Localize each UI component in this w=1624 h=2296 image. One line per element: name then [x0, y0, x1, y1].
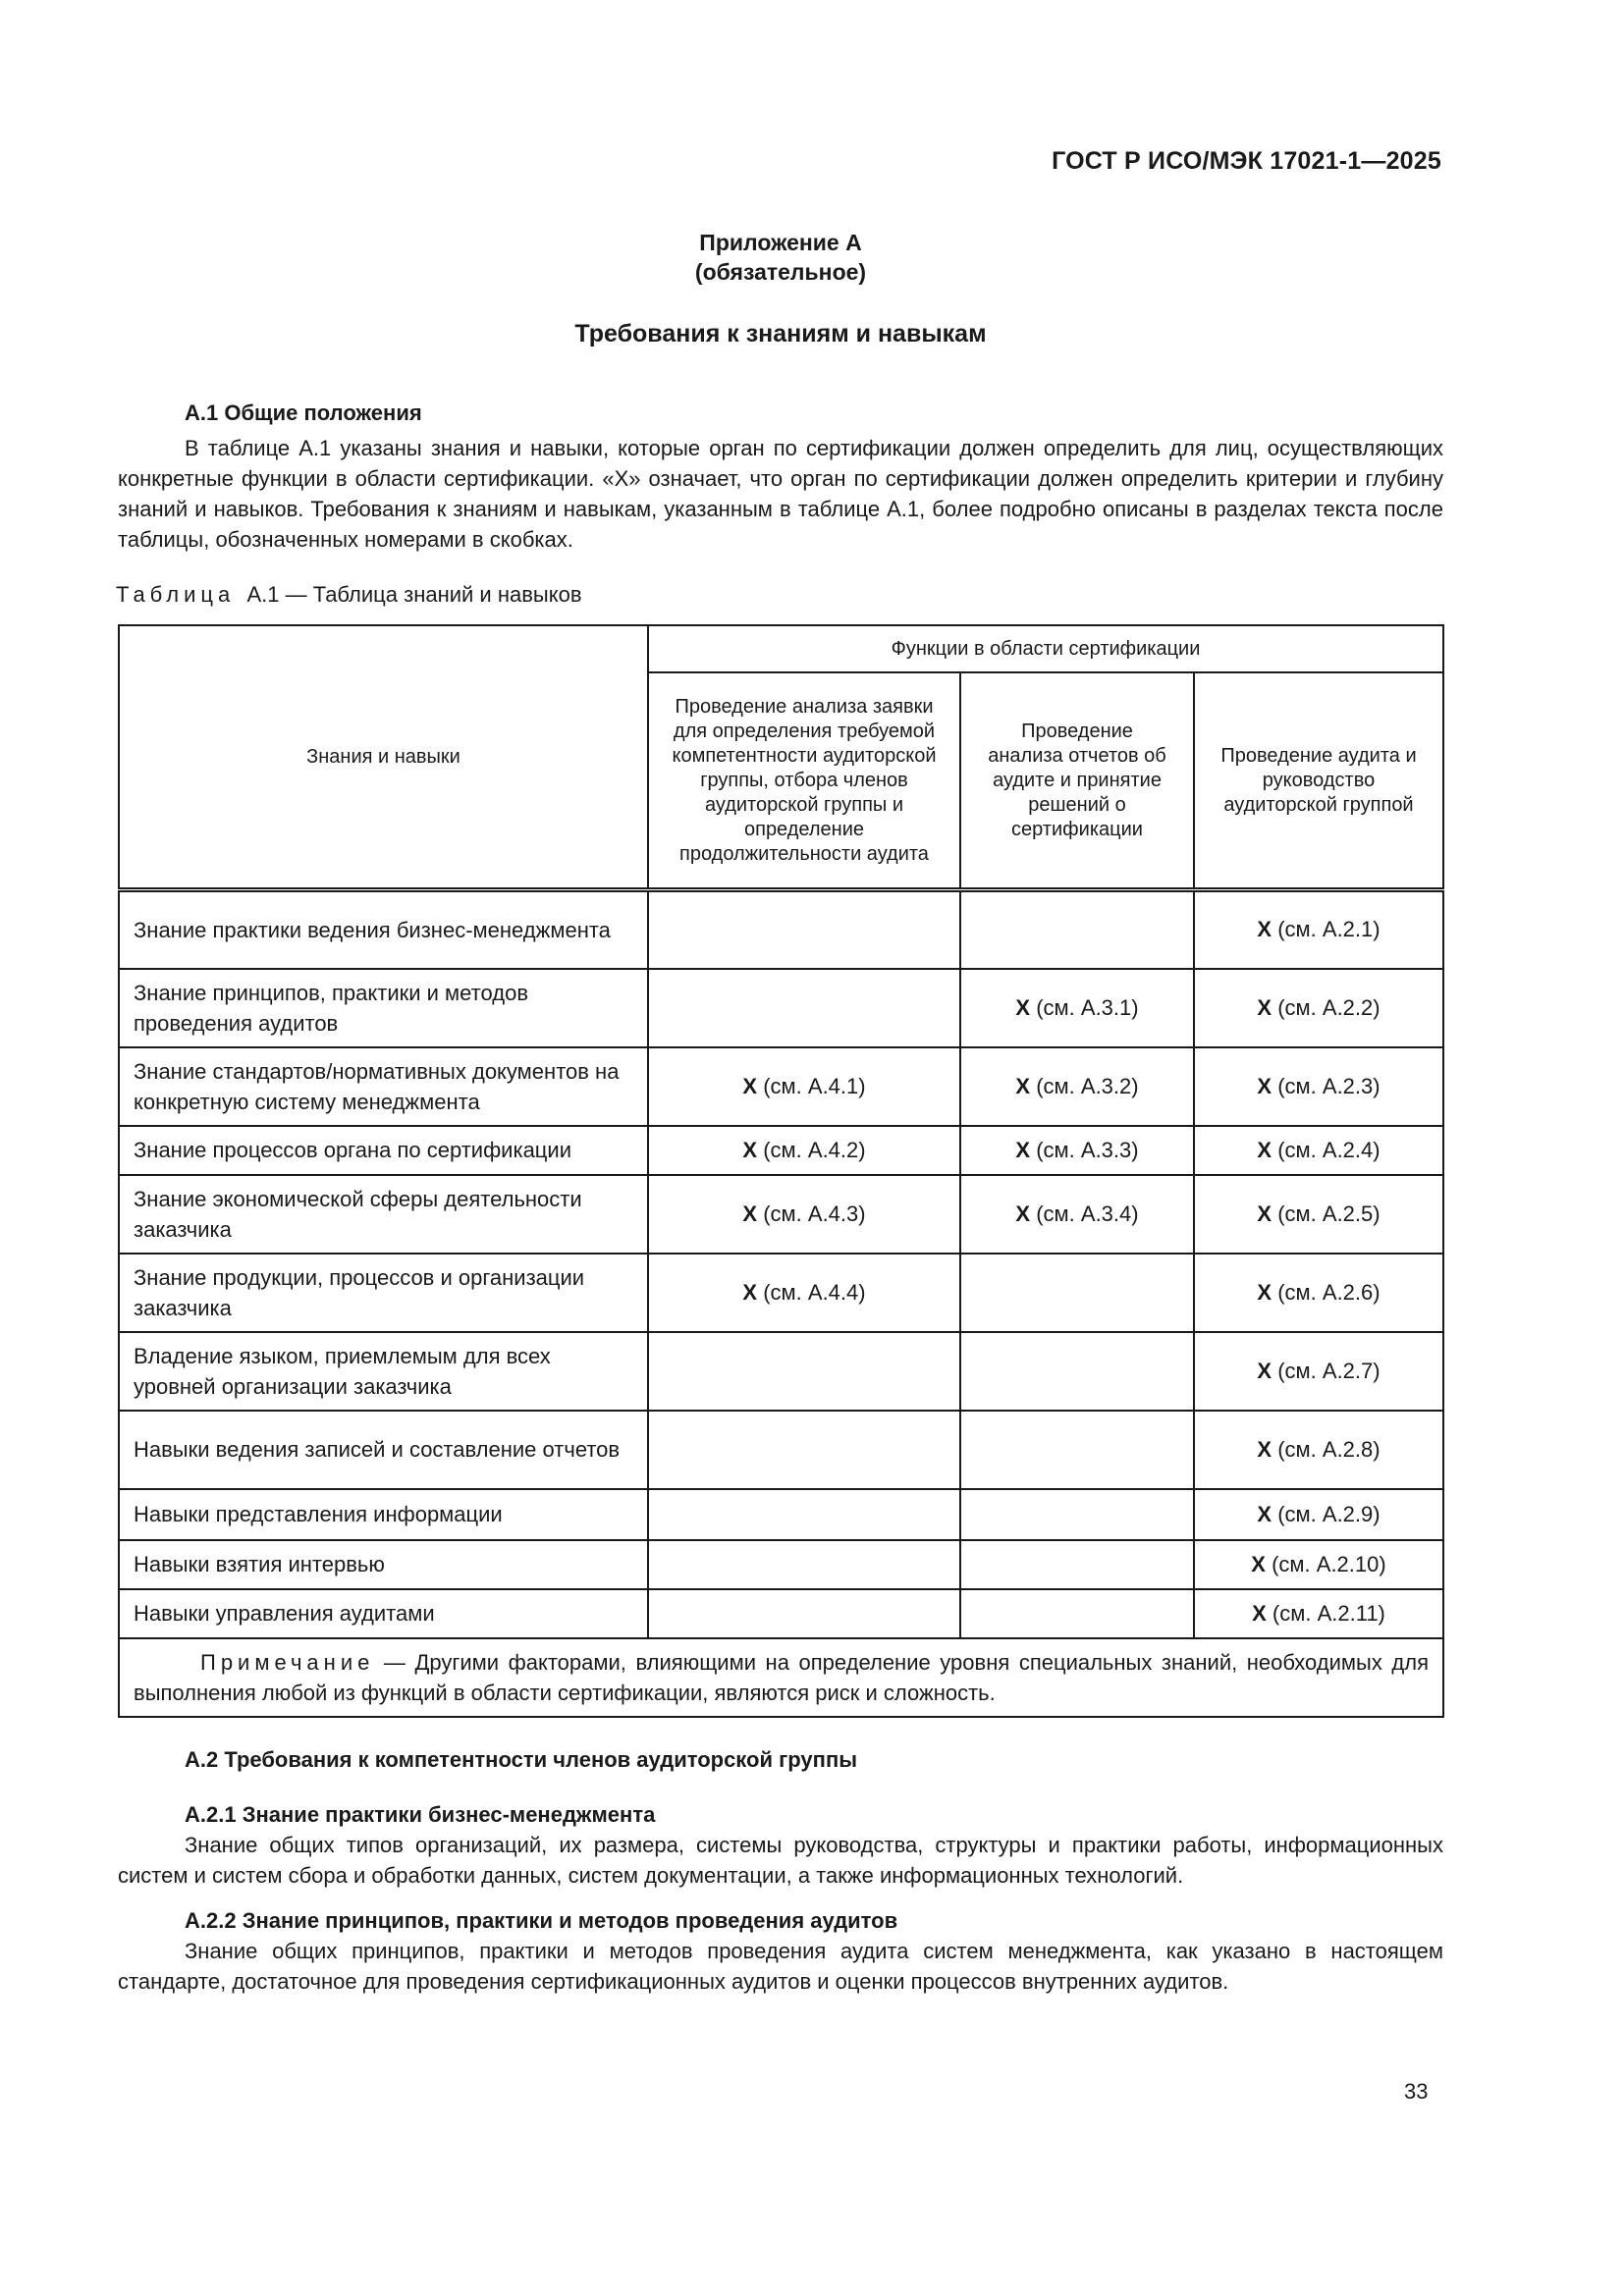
section-reference: (см. А.2.6) — [1277, 1280, 1380, 1305]
section-a1-paragraph: В таблице А.1 указаны знания и навыки, к… — [118, 433, 1443, 555]
function-cell-1: X (см. А.4.2) — [648, 1126, 960, 1175]
function-cell-1: X (см. А.4.4) — [648, 1254, 960, 1332]
function-cell-2: X (см. А.3.1) — [960, 969, 1194, 1047]
skill-cell: Знание практики ведения бизнес-менеджмен… — [119, 890, 648, 969]
skill-cell: Навыки взятия интервью — [119, 1540, 648, 1589]
skill-cell: Навыки управления аудитами — [119, 1589, 648, 1638]
skill-cell: Знание экономической сферы деятельности … — [119, 1175, 648, 1254]
section-reference: (см. А.4.4) — [763, 1280, 865, 1305]
function-cell-2 — [960, 1332, 1194, 1411]
x-mark: X — [1257, 917, 1272, 941]
x-mark: X — [1257, 995, 1272, 1020]
x-mark: X — [1015, 1074, 1030, 1098]
skill-cell: Знание продукции, процессов и организаци… — [119, 1254, 648, 1332]
table-note: Примечание — Другими факторами, влияющим… — [119, 1638, 1443, 1717]
x-mark: X — [1015, 1138, 1030, 1162]
header-functions: Функции в области сертификации — [648, 625, 1443, 672]
x-mark: X — [742, 1201, 757, 1226]
section-reference: (см. А.2.1) — [1277, 917, 1380, 941]
function-cell-1 — [648, 890, 960, 969]
function-cell-3: X (см. А.2.9) — [1194, 1489, 1443, 1540]
function-cell-2 — [960, 890, 1194, 969]
header-col-application-review: Проведение анализа заявки для определени… — [648, 672, 960, 890]
section-reference: (см. А.2.7) — [1277, 1359, 1380, 1383]
x-mark: X — [1252, 1601, 1267, 1626]
skill-cell: Навыки ведения записей и составление отч… — [119, 1411, 648, 1489]
section-a2-heading: А.2 Требования к компетентности членов а… — [185, 1747, 857, 1773]
section-reference: (см. А.4.3) — [763, 1201, 865, 1226]
table-row: Владение языком, приемлемым для всех уро… — [119, 1332, 1443, 1411]
function-cell-2 — [960, 1411, 1194, 1489]
section-reference: (см. А.3.2) — [1036, 1074, 1138, 1098]
x-mark: X — [742, 1138, 757, 1162]
function-cell-1 — [648, 1332, 960, 1411]
section-reference: (см. А.2.9) — [1277, 1502, 1380, 1526]
function-cell-1 — [648, 1489, 960, 1540]
note-label: Примечание — [200, 1650, 374, 1675]
function-cell-2 — [960, 1489, 1194, 1540]
section-reference: (см. А.3.3) — [1036, 1138, 1138, 1162]
table-row: Навыки управления аудитамиX (см. А.2.11) — [119, 1589, 1443, 1638]
x-mark: X — [742, 1074, 757, 1098]
function-cell-3: X (см. А.2.1) — [1194, 890, 1443, 969]
section-reference: (см. А.2.8) — [1277, 1437, 1380, 1462]
function-cell-3: X (см. А.2.4) — [1194, 1126, 1443, 1175]
table-row: Знание продукции, процессов и организаци… — [119, 1254, 1443, 1332]
header-skills: Знания и навыки — [119, 625, 648, 890]
annex-status: (обязательное) — [0, 257, 1561, 287]
section-a22-paragraph: Знание общих принципов, практики и метод… — [118, 1936, 1443, 1997]
table-caption-label: Таблица — [116, 582, 235, 607]
table-row: Знание принципов, практики и методов про… — [119, 969, 1443, 1047]
section-reference: (см. А.3.1) — [1036, 995, 1138, 1020]
function-cell-3: X (см. А.2.3) — [1194, 1047, 1443, 1126]
table-row: Навыки представления информацииX (см. А.… — [119, 1489, 1443, 1540]
section-reference: (см. А.2.3) — [1277, 1074, 1380, 1098]
function-cell-3: X (см. А.2.7) — [1194, 1332, 1443, 1411]
x-mark: X — [1257, 1280, 1272, 1305]
header-col-audit-lead: Проведение аудита и руководство аудиторс… — [1194, 672, 1443, 890]
x-mark: X — [1257, 1074, 1272, 1098]
table-row: Навыки ведения записей и составление отч… — [119, 1411, 1443, 1489]
function-cell-2: X (см. А.3.2) — [960, 1047, 1194, 1126]
function-cell-3: X (см. А.2.5) — [1194, 1175, 1443, 1254]
section-reference: (см. А.2.10) — [1272, 1552, 1386, 1576]
table-row: Навыки взятия интервьюX (см. А.2.10) — [119, 1540, 1443, 1589]
skills-table: Знания и навыки Функции в области сертиф… — [118, 624, 1444, 1718]
section-a21-heading: А.2.1 Знание практики бизнес-менеджмента — [185, 1802, 655, 1828]
section-a21-paragraph: Знание общих типов организаций, их разме… — [118, 1830, 1443, 1891]
section-reference: (см. А.3.4) — [1036, 1201, 1138, 1226]
function-cell-1 — [648, 1411, 960, 1489]
section-reference: (см. А.4.1) — [763, 1074, 865, 1098]
x-mark: X — [1015, 995, 1030, 1020]
x-mark: X — [1251, 1552, 1266, 1576]
function-cell-2 — [960, 1589, 1194, 1638]
function-cell-3: X (см. А.2.10) — [1194, 1540, 1443, 1589]
skill-cell: Знание принципов, практики и методов про… — [119, 969, 648, 1047]
function-cell-2: X (см. А.3.4) — [960, 1175, 1194, 1254]
section-a22-heading: А.2.2 Знание принципов, практики и метод… — [185, 1908, 897, 1934]
table-row: Знание практики ведения бизнес-менеджмен… — [119, 890, 1443, 969]
x-mark: X — [1257, 1502, 1272, 1526]
table-caption: Таблица А.1 — Таблица знаний и навыков — [116, 582, 582, 608]
function-cell-2: X (см. А.3.3) — [960, 1126, 1194, 1175]
x-mark: X — [1257, 1359, 1272, 1383]
header-col-report-review: Проведение анализа отчетов об аудите и п… — [960, 672, 1194, 890]
x-mark: X — [742, 1280, 757, 1305]
table-body: Знание практики ведения бизнес-менеджмен… — [119, 890, 1443, 1638]
function-cell-1: X (см. А.4.1) — [648, 1047, 960, 1126]
function-cell-1 — [648, 1540, 960, 1589]
function-cell-1: X (см. А.4.3) — [648, 1175, 960, 1254]
function-cell-3: X (см. А.2.6) — [1194, 1254, 1443, 1332]
function-cell-3: X (см. А.2.11) — [1194, 1589, 1443, 1638]
x-mark: X — [1257, 1201, 1272, 1226]
section-a1-heading: А.1 Общие положения — [185, 400, 422, 426]
section-reference: (см. А.4.2) — [763, 1138, 865, 1162]
annex-heading: Требования к знаниям и навыкам — [0, 320, 1561, 348]
table-caption-text: А.1 — Таблица знаний и навыков — [247, 582, 582, 607]
function-cell-3: X (см. А.2.8) — [1194, 1411, 1443, 1489]
skill-cell: Знание стандартов/нормативных документов… — [119, 1047, 648, 1126]
annex-title: Приложение А — [0, 228, 1561, 257]
function-cell-1 — [648, 1589, 960, 1638]
section-reference: (см. А.2.5) — [1277, 1201, 1380, 1226]
x-mark: X — [1015, 1201, 1030, 1226]
function-cell-3: X (см. А.2.2) — [1194, 969, 1443, 1047]
page-number: 33 — [1404, 2079, 1428, 2105]
function-cell-2 — [960, 1254, 1194, 1332]
x-mark: X — [1257, 1437, 1272, 1462]
function-cell-1 — [648, 969, 960, 1047]
table-row: Знание процессов органа по сертификацииX… — [119, 1126, 1443, 1175]
document-code: ГОСТ Р ИСО/МЭК 17021-1—2025 — [1052, 147, 1441, 176]
function-cell-2 — [960, 1540, 1194, 1589]
section-reference: (см. А.2.11) — [1272, 1601, 1385, 1626]
skill-cell: Знание процессов органа по сертификации — [119, 1126, 648, 1175]
table-row: Знание экономической сферы деятельности … — [119, 1175, 1443, 1254]
section-reference: (см. А.2.4) — [1277, 1138, 1380, 1162]
x-mark: X — [1257, 1138, 1272, 1162]
table-row: Знание стандартов/нормативных документов… — [119, 1047, 1443, 1126]
skill-cell: Владение языком, приемлемым для всех уро… — [119, 1332, 648, 1411]
skill-cell: Навыки представления информации — [119, 1489, 648, 1540]
section-reference: (см. А.2.2) — [1277, 995, 1380, 1020]
